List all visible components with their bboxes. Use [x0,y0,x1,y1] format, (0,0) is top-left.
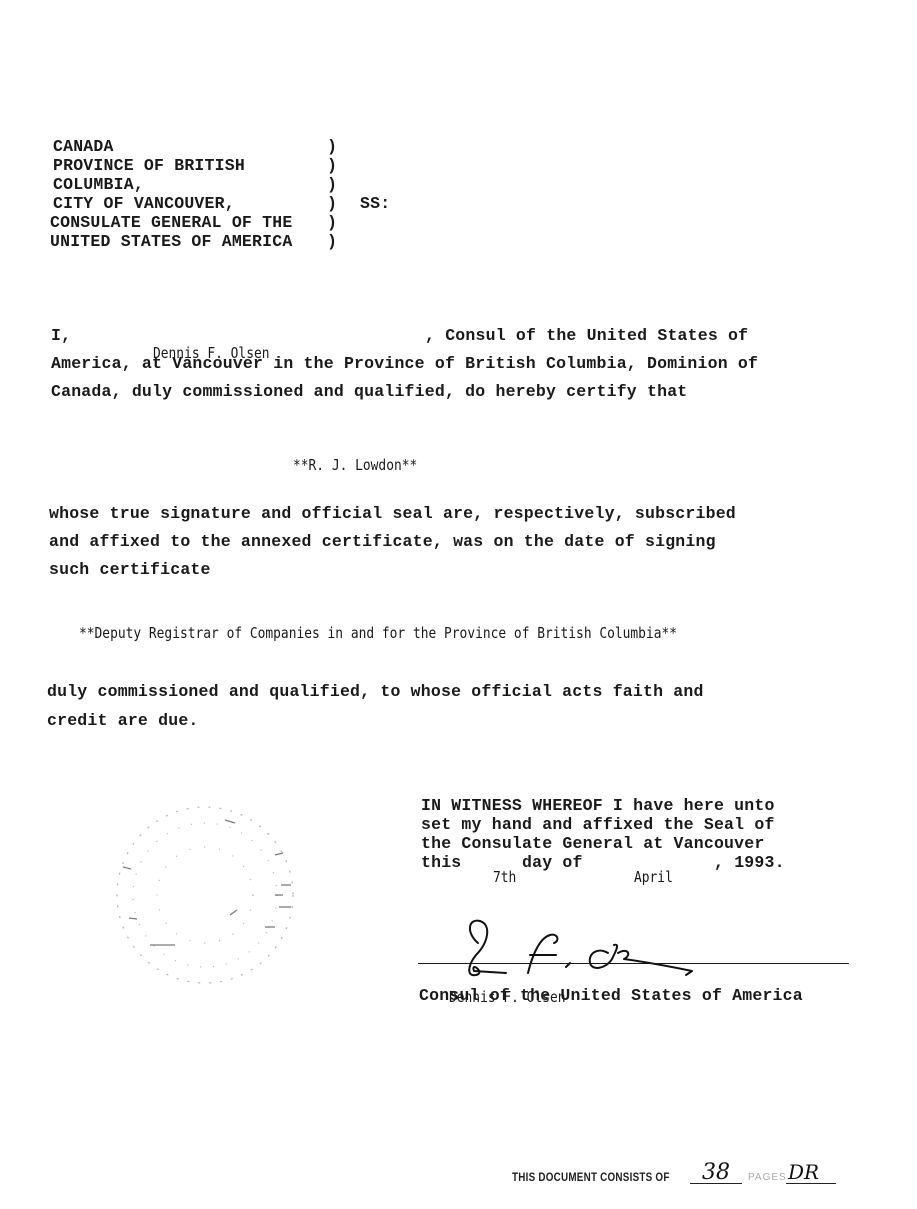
certified-office: **Deputy Registrar of Companies in and f… [79,624,677,642]
certification-line-3: Canada, duly commissioned and qualified,… [51,382,687,401]
witness-line-2: set my hand and affixed the Seal of [421,815,775,834]
caption-line-1: CANADA [53,137,114,156]
signature-statement-line-1: whose true signature and official seal a… [49,504,736,523]
caption-bracket: ) [327,232,337,251]
page-count: 38 [702,1160,730,1185]
witness-line-1: IN WITNESS WHEREOF I have here unto [421,796,775,815]
signature-statement-line-3: such certificate [49,560,211,579]
witness-day: 7th [493,868,516,886]
seal-icon [105,795,305,995]
witness-month: April [634,868,673,886]
closing-line-2: credit are due. [47,711,199,730]
footer-suffix: PAGES [748,1172,787,1183]
footer-prefix: THIS DOCUMENT CONSISTS OF [512,1170,670,1184]
caption-bracket: ) [327,175,337,194]
witness-line-4-mid: day of [522,853,583,872]
certification-line-2: America, at Vancouver in the Province of… [51,354,758,373]
caption-line-4: CITY OF VANCOUVER, [53,194,235,213]
caption-line-3: COLUMBIA, [53,175,144,194]
caption-bracket: ) [327,194,337,213]
caption-bracket: ) [327,213,337,232]
witness-year: , 1993. [714,853,785,872]
signatory-title: Consul of the United States of America [419,986,803,1005]
certification-opening: I, [51,326,71,345]
venue-marker: SS: [360,194,390,213]
witness-line-3: the Consulate General at Vancouver [421,834,764,853]
signature-line [418,963,849,964]
caption-line-5: CONSULATE GENERAL OF THE [50,213,292,232]
caption-line-2: PROVINCE OF BRITISH [53,156,245,175]
caption-line-6: UNITED STATES OF AMERICA [50,232,292,251]
signature-statement-line-2: and affixed to the annexed certificate, … [49,532,716,551]
consular-seal [105,795,305,995]
caption-bracket: ) [327,156,337,175]
certification-line-1: , Consul of the United States of [425,326,748,345]
closing-line-1: duly commissioned and qualified, to whos… [47,682,704,701]
certified-person: **R. J. Lowdon** [293,456,417,474]
caption-bracket: ) [327,137,337,156]
initials: DR [788,1160,819,1184]
witness-line-4-prefix: this [421,853,461,872]
